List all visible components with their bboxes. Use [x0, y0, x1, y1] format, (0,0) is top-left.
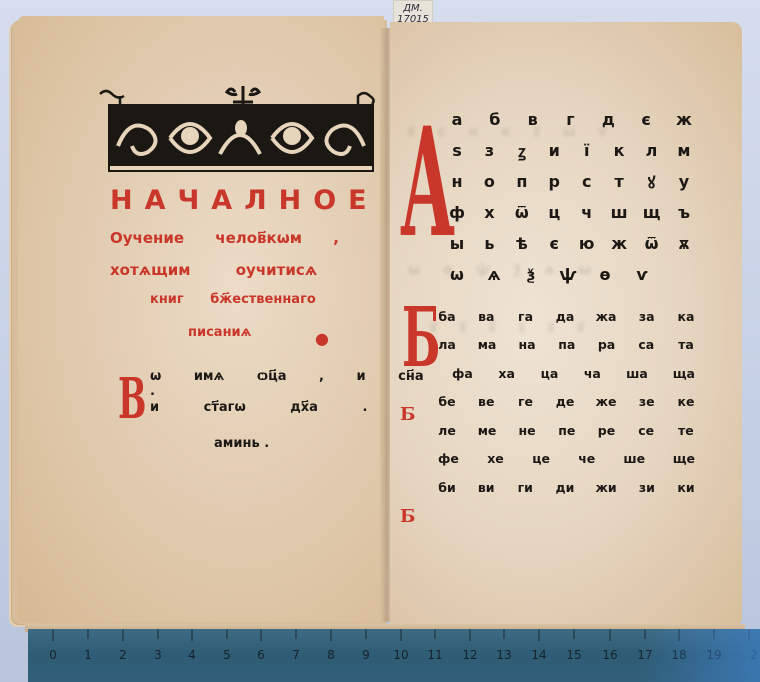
letter: с: [578, 172, 596, 191]
letter: ѧ: [485, 265, 503, 284]
syllable: са: [637, 337, 655, 352]
letter: х: [480, 203, 498, 222]
syllable-row: фе хе це че ше ще: [438, 445, 695, 474]
letter: м: [675, 141, 693, 160]
letter: д: [599, 110, 617, 129]
ruler-label: 8: [327, 648, 335, 662]
letter: ю: [578, 234, 596, 253]
syllable: ща: [673, 366, 695, 381]
shelfmark-line1: ДМ.: [394, 3, 432, 14]
title-line-3: хотѧщим оучитисѧ: [110, 261, 385, 279]
letter: н: [448, 172, 466, 191]
syllable: ла: [438, 337, 456, 352]
syllable: ба: [438, 309, 456, 324]
headpiece-crest-icon: [223, 84, 263, 106]
alphabet-row: н о п р с т ꙋ у: [448, 166, 693, 197]
syllable: ве: [477, 394, 495, 409]
ruler-label: 6: [257, 648, 265, 662]
letter: л: [643, 141, 661, 160]
ruler-label: 7: [292, 648, 300, 662]
letter: г: [561, 110, 579, 129]
syllable: не: [518, 423, 536, 438]
syllable: ша: [626, 366, 648, 381]
syllable: га: [517, 309, 535, 324]
letter: ѡ: [448, 265, 466, 284]
red-initial-b: Б: [402, 296, 419, 380]
syllable: ма: [478, 337, 497, 352]
letter: ш: [610, 203, 628, 222]
title-nachalnoe: НАЧАЛНОЕ: [110, 185, 385, 216]
alphabet-row: ѕ з ꙁ и ї к л м: [448, 135, 693, 166]
alphabet-row: а б в г д є ж: [448, 104, 693, 135]
syllable: хе: [487, 451, 505, 466]
prayer-line-2: и ст҃агѡ дх҃а .: [150, 400, 425, 415]
ruler-label: 4: [188, 648, 196, 662]
syllable: це: [532, 451, 550, 466]
letter: ѱ: [559, 265, 577, 284]
syllable: ра: [598, 337, 616, 352]
syllable: ка: [677, 309, 695, 324]
syllable: та: [677, 337, 695, 352]
syllable: ге: [517, 394, 535, 409]
syllable-row: ба ва га да жа за ка: [438, 302, 695, 331]
syllable: зи: [638, 480, 656, 495]
syllable: па: [558, 337, 576, 352]
letter: ж: [610, 234, 628, 253]
ruler-label: 5: [223, 648, 231, 662]
letter: и: [545, 141, 563, 160]
syllable: ги: [516, 480, 534, 495]
title-line-2: Оучение челов҃кѡм ,: [110, 229, 385, 247]
letter: щ: [643, 203, 661, 222]
syllable: ца: [541, 366, 559, 381]
ruler-label: 9: [362, 648, 370, 662]
letter: є: [637, 110, 655, 129]
syllable: ча: [583, 366, 601, 381]
letter: т: [610, 172, 628, 191]
ruler-label: 16: [602, 648, 617, 662]
letter: п: [513, 172, 531, 191]
ruler-label: 12: [462, 648, 477, 662]
prayer-line-1: ѡ имѧ ѻц҃а , и сн҃а .: [150, 369, 425, 399]
syllable: ке: [677, 394, 695, 409]
headpiece-scroll-panel: [108, 104, 374, 172]
letter: ѯ: [522, 265, 540, 284]
letter: р: [545, 172, 563, 191]
letter: а: [448, 110, 466, 129]
letter: ꙋ: [643, 171, 661, 193]
ruler-label: 2: [119, 648, 127, 662]
ruler-label: 13: [496, 648, 511, 662]
syllable: фе: [438, 451, 459, 466]
syllable-row: фа ха ца ча ша ща: [438, 359, 695, 388]
syllable: ви: [477, 480, 495, 495]
letter: ꙁ: [513, 140, 531, 162]
letter: ъ: [675, 203, 693, 222]
syllable: ре: [598, 423, 616, 438]
syllable: пе: [558, 423, 576, 438]
letter: ѫ: [675, 234, 693, 253]
ruler-label: 10: [393, 648, 408, 662]
syllable: бе: [438, 394, 456, 409]
ruler-label: 0: [49, 648, 57, 662]
syllable: би: [438, 480, 456, 495]
letter: ї: [578, 141, 596, 160]
syllable-row: би ви ги ди жи зи ки: [438, 473, 695, 502]
letter: ѣ: [513, 234, 531, 253]
syllable: ди: [555, 480, 574, 495]
letter: в: [524, 110, 542, 129]
alphabet-row: ы ь ѣ є ю ж ѿ ѫ: [448, 228, 693, 259]
syllable: ще: [673, 451, 695, 466]
syllable: да: [556, 309, 575, 324]
woodcut-headpiece-ornament: [98, 82, 378, 172]
letter: о: [480, 172, 498, 191]
syllable: ле: [438, 423, 456, 438]
syllable-row: ла ма на па ра са та: [438, 331, 695, 360]
letter: ѿ: [643, 234, 661, 253]
alphabet-row: ѡ ѧ ѯ ѱ ѳ ѵ: [448, 259, 693, 290]
syllable: фа: [452, 366, 473, 381]
ruler-label: 14: [531, 648, 546, 662]
ruler-label: 11: [427, 648, 442, 662]
centimetre-ruler: 0 1 2 3 4 5 6 7 8 9 10 11 12 13 14 15 16…: [28, 629, 760, 682]
letter: ы: [448, 234, 466, 253]
letter: к: [610, 141, 628, 160]
letter: ч: [578, 203, 596, 222]
ruler-label: 15: [566, 648, 581, 662]
letter: ф: [448, 203, 466, 222]
syllable: на: [518, 337, 536, 352]
title-line-4: книг бж҃ественнаго: [150, 292, 425, 307]
letter: б: [486, 110, 504, 129]
syllable: за: [638, 309, 656, 324]
syllable: ва: [477, 309, 495, 324]
syllable: жи: [595, 480, 616, 495]
red-full-stop: ●: [315, 329, 329, 348]
syllable: жа: [596, 309, 617, 324]
syllable: ме: [478, 423, 497, 438]
red-row-initial: Б: [400, 506, 415, 527]
syllable-row: бе ве ге де же зе ке: [438, 388, 695, 417]
syllable-table: ба ва га да жа за ка ла ма на па ра са т…: [438, 302, 695, 502]
ruler-label: 1: [84, 648, 92, 662]
alphabet-table: а б в г д є ж ѕ з ꙁ и ї к л м н о п р с …: [448, 104, 693, 290]
letter: ѳ: [596, 265, 614, 284]
letter: є: [545, 234, 563, 253]
letter: ц: [545, 203, 563, 222]
syllable: ки: [677, 480, 695, 495]
letter: з: [480, 141, 498, 160]
syllable: се: [637, 423, 655, 438]
syllable: те: [677, 423, 695, 438]
alphabet-row: ф х ѿ ц ч ш щ ъ: [448, 197, 693, 228]
red-row-initial: Б: [400, 404, 415, 425]
red-initial-v: В: [118, 360, 131, 438]
syllable: же: [596, 394, 617, 409]
letter: ж: [675, 110, 693, 129]
letter: ь: [480, 234, 498, 253]
ruler-label: 3: [154, 648, 162, 662]
syllable: че: [578, 451, 596, 466]
ruler-transparent-end: [640, 629, 760, 682]
letter: ѕ: [448, 141, 466, 160]
letter: ѵ: [633, 265, 651, 284]
syllable-row: ле ме не пе ре се те: [438, 416, 695, 445]
letter: ѿ: [513, 203, 531, 222]
syllable: зе: [638, 394, 656, 409]
syllable: ше: [623, 451, 645, 466]
syllable: де: [556, 394, 575, 409]
letter: у: [675, 172, 693, 191]
red-initial-a: А: [400, 88, 418, 278]
syllable: ха: [498, 366, 516, 381]
